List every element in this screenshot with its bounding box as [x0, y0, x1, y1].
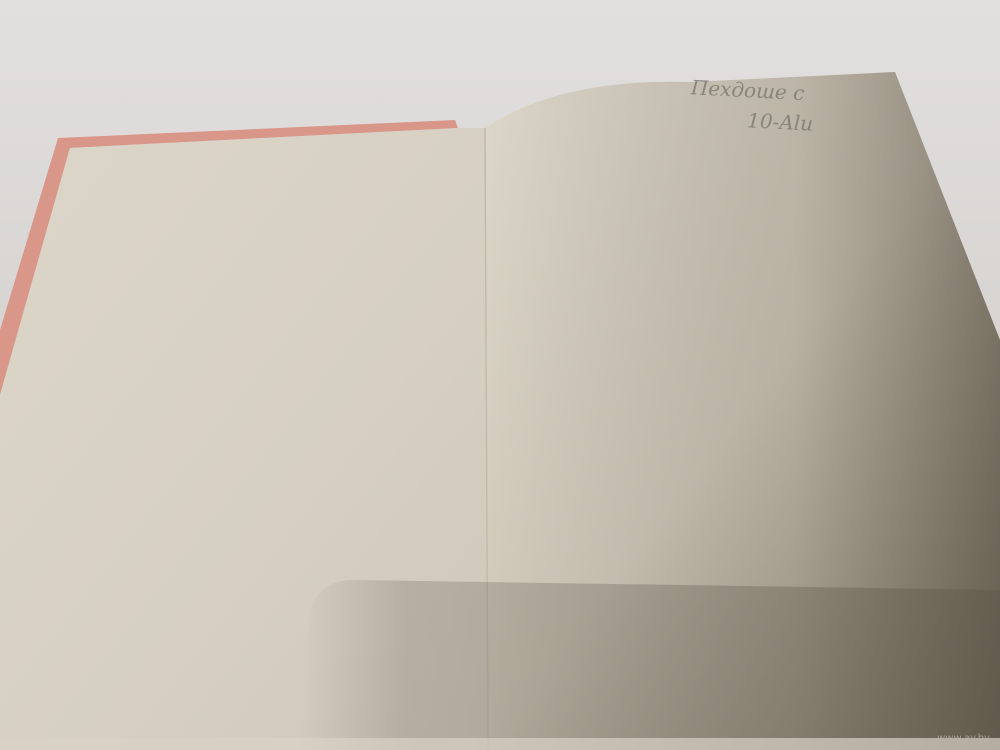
hand-shadow: [300, 580, 1000, 750]
photo-scene: Пехдоше с 10-Alu www.ay.by: [0, 0, 1000, 750]
watermark: www.ay.by: [937, 733, 990, 744]
handwritten-inscription: Пехдоше с 10-Alu: [689, 72, 912, 143]
